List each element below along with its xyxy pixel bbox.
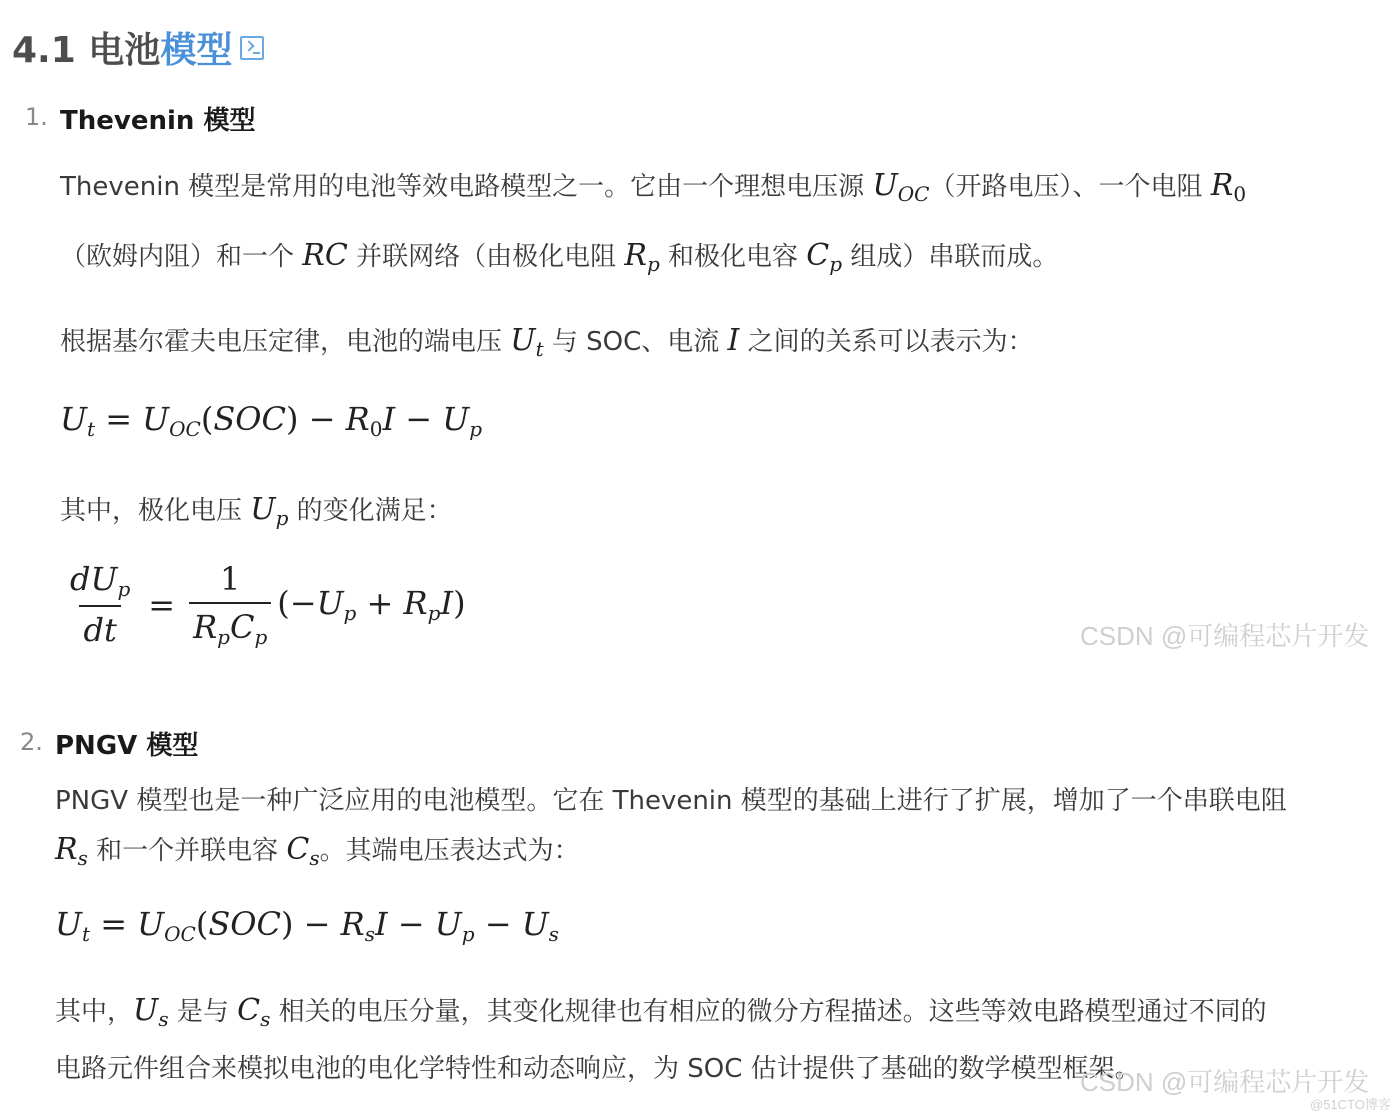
kirchhoff-paragraph: 根据基尔霍夫电压定律，电池的端电压 Ut 与 SOC、电流 I 之间的关系可以表… xyxy=(60,321,1034,361)
math-var: UOC xyxy=(872,168,929,203)
pngv-description-line2: Rs 和一个并联电容 Cs。其端电压表达式为： xyxy=(55,830,580,870)
text: 和一个并联电容 xyxy=(88,836,287,866)
equation-thevenin-terminal-voltage: Ut = UOC(SOC) − R0I − Up xyxy=(60,400,482,441)
math-var: R0 xyxy=(1211,168,1246,203)
section-title-thevenin: Thevenin 模型 xyxy=(60,100,255,137)
section-heading: 4.1 电池模型 xyxy=(12,22,264,73)
math-var: Rs xyxy=(55,832,88,867)
math-var: Cp xyxy=(806,238,842,273)
text: 相关的电压分量，其变化规律也有相应的微分方程描述。这些等效电路模型通过不同的 xyxy=(270,997,1266,1027)
polarization-paragraph: 其中，极化电压 Up 的变化满足： xyxy=(60,490,453,530)
text: 其中， xyxy=(55,997,133,1027)
list-number-2: 2. xyxy=(20,728,43,756)
text: 。其端电压表达式为： xyxy=(320,836,580,866)
list-number-1: 1. xyxy=(25,103,48,131)
pngv-description-line1: PNGV 模型也是一种广泛应用的电池模型。它在 Thevenin 模型的基础上进… xyxy=(55,780,1287,817)
text: 其中，极化电压 xyxy=(60,496,250,526)
watermark-51cto: @51CTO博客 xyxy=(1310,1094,1391,1113)
text: 根据基尔霍夫电压定律，电池的端电压 xyxy=(60,327,510,357)
section-title-pngv: PNGV 模型 xyxy=(55,725,198,762)
text: 组成）串联而成。 xyxy=(842,242,1058,272)
text: 和极化电容 xyxy=(660,242,807,272)
thevenin-description-line1: Thevenin 模型是常用的电池等效电路模型之一。它由一个理想电压源 UOC（… xyxy=(60,166,1246,206)
math-var: Us xyxy=(133,993,169,1028)
math-var: Rp xyxy=(624,238,659,273)
pngv-summary-line1: 其中，Us 是与 Cs 相关的电压分量，其变化规律也有相应的微分方程描述。这些等… xyxy=(55,991,1267,1031)
thevenin-description-line2: （欧姆内阻）和一个 RC 并联网络（由极化电阻 Rp 和极化电容 Cp 组成）串… xyxy=(60,236,1058,276)
heading-prefix: 4.1 电池 xyxy=(12,22,160,73)
math-var: Cs xyxy=(286,832,319,867)
math-var: RC xyxy=(302,238,348,273)
text: 与 SOC、电流 xyxy=(544,327,728,357)
math-var: Cs xyxy=(237,993,270,1028)
equation-polarization-differential: dUpdt = 1RpCp (−Up + RpI) xyxy=(60,560,466,649)
equation-pngv-terminal-voltage: Ut = UOC(SOC) − RsI − Up − Us xyxy=(55,905,559,946)
text: 并联网络（由极化电阻 xyxy=(348,242,625,272)
pngv-summary-line2: 电路元件组合来模拟电池的电化学特性和动态响应，为 SOC 估计提供了基础的数学模… xyxy=(55,1048,1141,1085)
text: Thevenin 模型是常用的电池等效电路模型之一。它由一个理想电压源 xyxy=(60,172,872,202)
watermark-csdn: CSDN @可编程芯片开发 xyxy=(1080,616,1369,653)
math-var: I xyxy=(728,323,740,358)
text: 是与 xyxy=(169,997,238,1027)
text: （开路电压）、一个电阻 xyxy=(929,172,1210,202)
heading-highlight-link[interactable]: 模型 xyxy=(160,22,232,73)
terminal-icon[interactable] xyxy=(240,36,264,60)
math-var: Up xyxy=(250,492,288,527)
text: 的变化满足： xyxy=(288,496,452,526)
text: 之间的关系可以表示为： xyxy=(739,327,1033,357)
math-var: Ut xyxy=(510,323,543,358)
text: （欧姆内阻）和一个 xyxy=(60,242,302,272)
